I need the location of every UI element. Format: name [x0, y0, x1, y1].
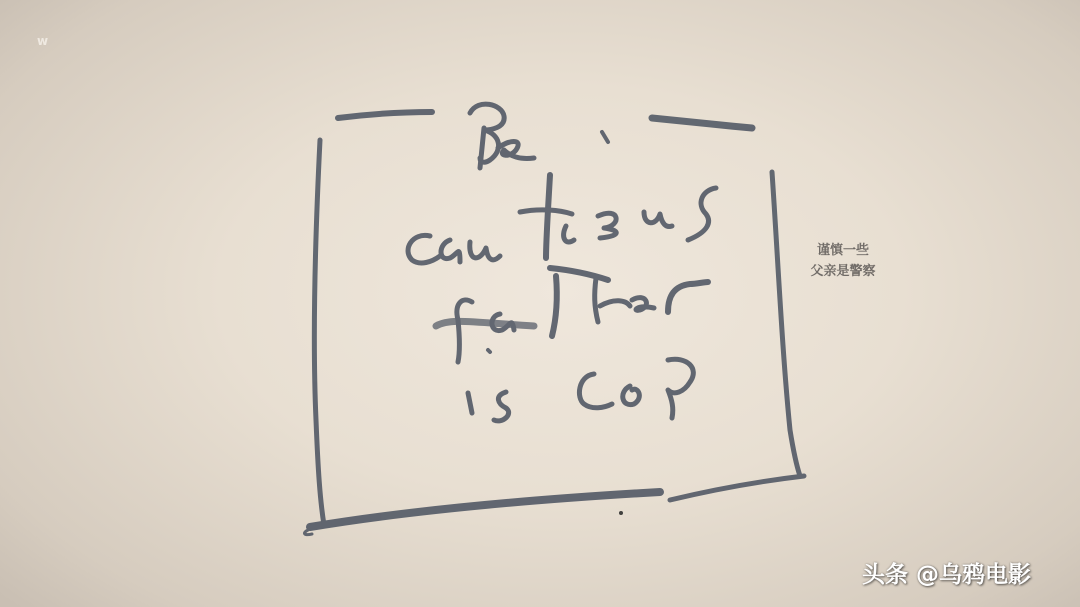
subtitle-line-1: 谨慎一些 — [780, 240, 906, 261]
subtitle-line-2: 父亲是警察 — [780, 261, 906, 282]
handwriting-father — [436, 268, 708, 362]
handwriting-be — [470, 104, 608, 168]
handwriting-cautious — [408, 175, 716, 263]
source-credit-watermark: 头条 @乌鸦电影 — [862, 556, 1031, 589]
handwriting-is-cop — [468, 359, 693, 421]
pencil-sketch — [0, 0, 1080, 607]
translation-subtitle: 谨慎一些 父亲是警察 — [780, 240, 906, 282]
